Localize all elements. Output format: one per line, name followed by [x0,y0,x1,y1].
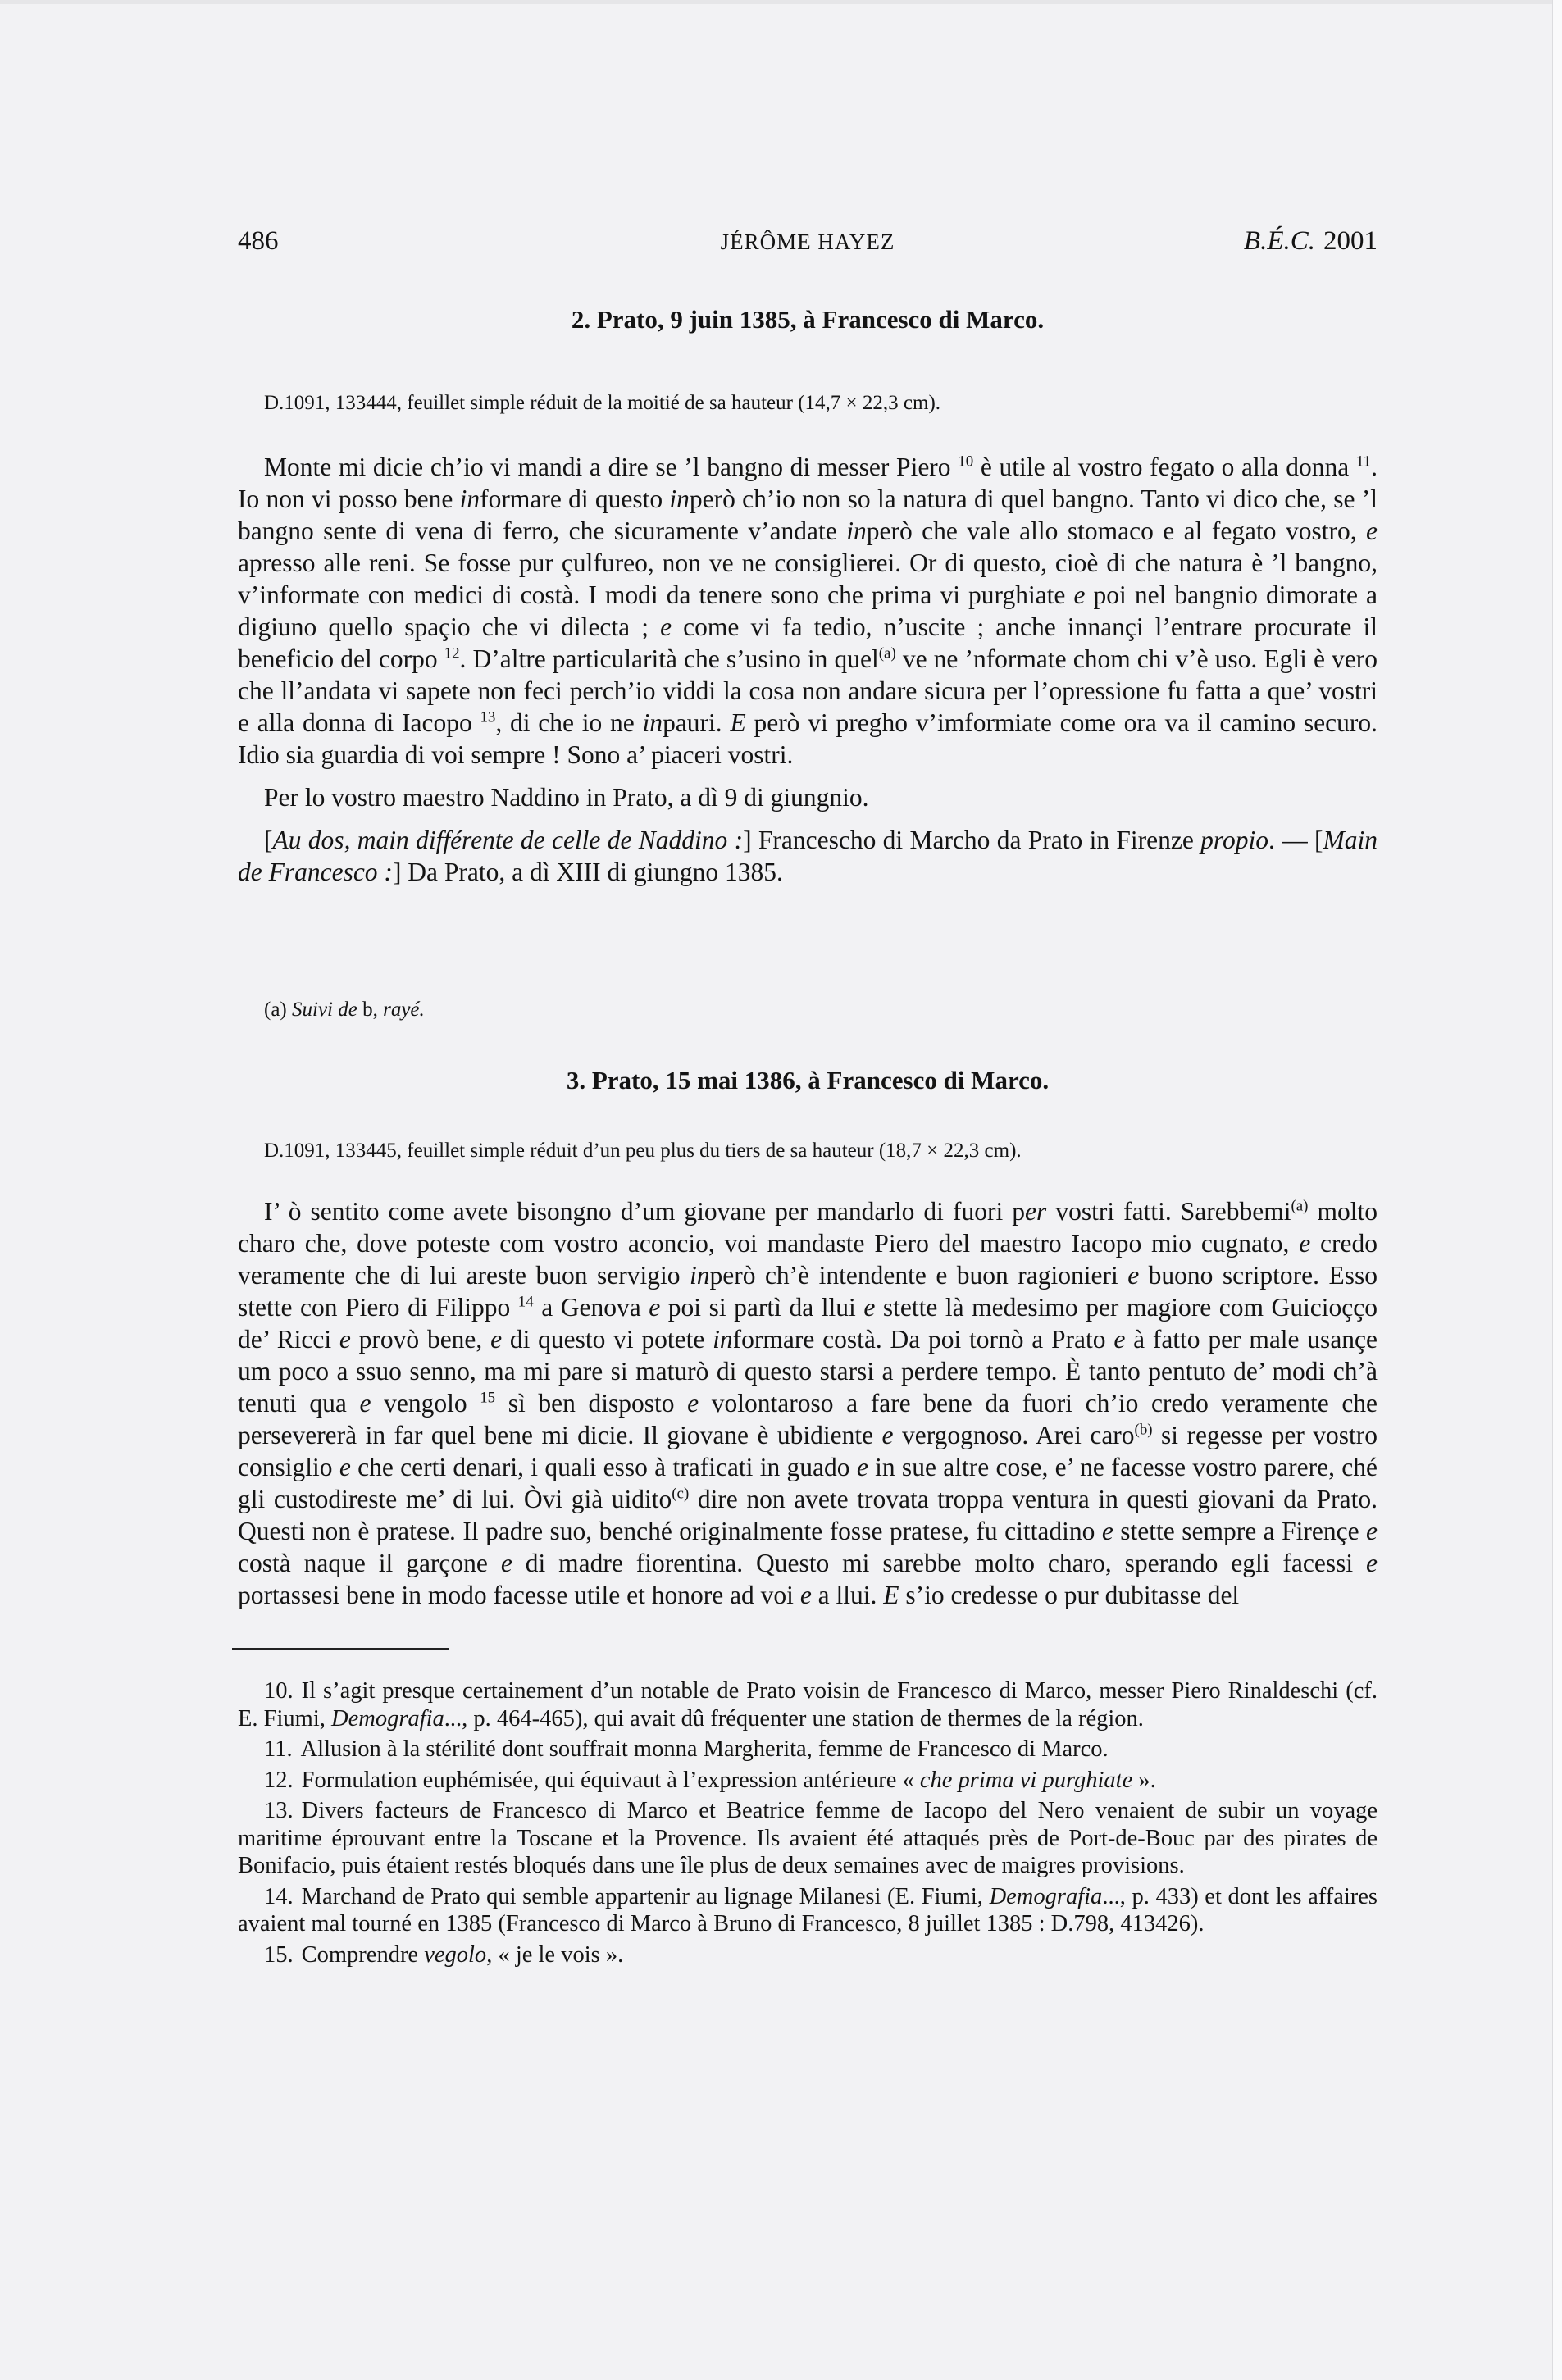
footnote-15: 15.Comprendre vegolo, « je le vois ». [238,1941,1378,1969]
letter-2-title: 2. Prato, 9 juin 1385, à Francesco di Ma… [238,305,1378,334]
letter-2-paragraph-1: Monte mi dicie ch’io vi mandi a dire se … [238,451,1378,771]
footnote-ref-12[interactable]: 12 [444,645,460,662]
textual-note-ref-c[interactable]: (c) [672,1486,689,1503]
letter-3-paragraph-1: I’ ò sentito come avete bisongno d’um gi… [238,1195,1378,1611]
running-author: JÉRÔME HAYEZ [238,230,1378,255]
scan-top-edge [0,0,1562,4]
letter-3-body: I’ ò sentito come avete bisongno d’um gi… [238,1195,1378,1611]
footnote-ref-11[interactable]: 11 [1356,453,1371,471]
page-right-edge [1552,0,1562,2380]
journal-year: 2001 [1323,226,1378,256]
footnote-ref-15[interactable]: 15 [480,1390,495,1407]
footnote-ref-13[interactable]: 13 [480,709,495,726]
footnote-10: 10.Il s’agit presque certainement d’un n… [238,1677,1378,1732]
letter-3-description: D.1091, 133445, feuillet simple réduit d… [264,1140,1022,1163]
footnote-13: 13.Divers facteurs de Francesco di Marco… [238,1797,1378,1880]
letter-2-body: Monte mi dicie ch’io vi mandi a dire se … [238,451,1378,888]
footnote-12: 12.Formulation euphémisée, qui équivaut … [238,1767,1378,1795]
letter-2-signature: Per lo vostro maestro Naddino in Prato, … [238,781,1378,813]
footnote-11: 11.Allusion à la stérilité dont souffrai… [238,1736,1378,1763]
footnotes: 10.Il s’agit presque certainement d’un n… [238,1677,1378,1972]
journal-citation: B.É.C.2001 [1244,226,1378,257]
footnote-14: 14.Marchand de Prato qui semble apparten… [238,1883,1378,1938]
footnote-ref-10[interactable]: 10 [958,453,973,471]
letter-2-address: [Au dos, main différente de celle de Nad… [238,824,1378,888]
letter-2-textual-note-a: (a) Suivi de b, rayé. [264,999,425,1022]
footnote-separator [232,1648,449,1650]
textual-note-ref-a[interactable]: (a) [1291,1198,1308,1215]
footnote-ref-14[interactable]: 14 [518,1294,534,1311]
textual-note-ref-b[interactable]: (b) [1135,1422,1153,1439]
letter-3-title: 3. Prato, 15 mai 1386, à Francesco di Ma… [238,1066,1378,1095]
running-header: 486 JÉRÔME HAYEZ B.É.C.2001 [238,226,1378,259]
letter-2-description: D.1091, 133444, feuillet simple réduit d… [264,392,940,415]
journal-abbrev: B.É.C. [1244,226,1315,256]
textual-note-ref-a[interactable]: (a) [879,645,896,662]
